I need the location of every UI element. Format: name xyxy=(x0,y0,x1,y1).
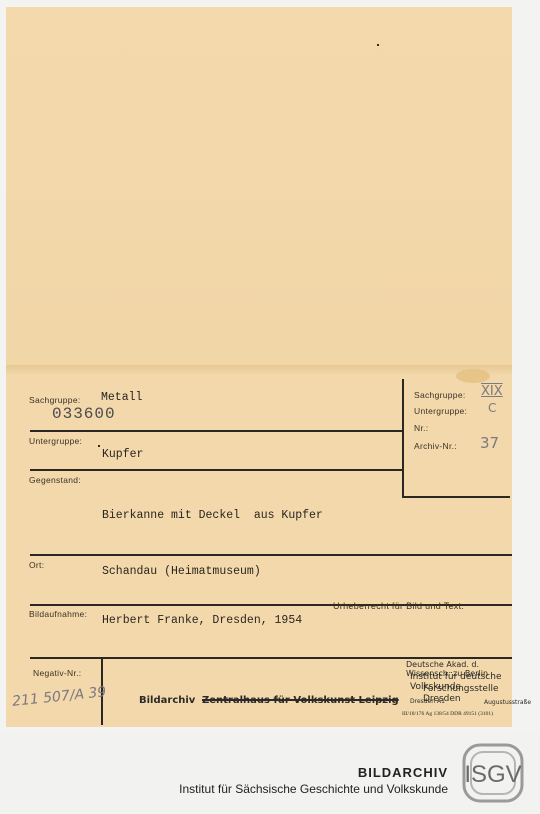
box-border-bottom xyxy=(402,496,510,498)
divider xyxy=(30,554,512,556)
box-sachgruppe-value: XIX xyxy=(481,384,503,399)
box-nr-label: Nr.: xyxy=(414,423,428,433)
print-code: III/18/176 Ag 138/54 DDR 49151 (3101) xyxy=(402,711,493,717)
box-border-left xyxy=(402,379,404,497)
stain xyxy=(456,369,490,383)
divider xyxy=(30,430,402,432)
bildaufnahme-value: Herbert Franke, Dresden, 1954 xyxy=(102,614,302,627)
stamp-line4b: Augustusstraße xyxy=(484,699,531,706)
bildarchiv-text: Bildarchiv xyxy=(139,695,195,706)
sachgruppe-code: 033600 xyxy=(52,405,116,423)
archive-card: Sachgruppe: Metall 033600 Untergruppe: K… xyxy=(6,7,512,727)
card-fold xyxy=(6,365,512,375)
footer-title: BILDARCHIV xyxy=(358,765,448,780)
isgv-logo-icon: ISGV xyxy=(458,742,528,804)
footer-subtitle: Institut für Sächsische Geschichte und V… xyxy=(179,782,448,796)
gegenstand-label: Gegenstand: xyxy=(29,475,81,485)
untergruppe-value: Kupfer xyxy=(102,448,143,461)
urheberrecht-label: Urheberrecht für Bild und Text: xyxy=(333,601,464,611)
box-archiv-label: Archiv-Nr.: xyxy=(414,441,457,451)
box-untergruppe-value: C xyxy=(488,401,496,415)
box-archiv-value: 37 xyxy=(480,434,499,452)
gegenstand-value: Bierkanne mit Deckel aus Kupfer xyxy=(102,509,323,522)
stamp-line4a: Dresden A1 xyxy=(410,698,445,705)
svg-text:ISGV: ISGV xyxy=(464,761,521,788)
card-upper-flap xyxy=(6,7,512,367)
sachgruppe-value: Metall xyxy=(101,391,142,404)
box-sachgruppe-label: Sachgruppe: xyxy=(414,390,466,400)
ort-value: Schandau (Heimatmuseum) xyxy=(102,565,261,578)
ort-label: Ort: xyxy=(29,560,44,570)
speck xyxy=(98,445,100,447)
box-untergruppe-label: Untergruppe: xyxy=(414,406,467,416)
bildaufnahme-label: Bildaufnahme: xyxy=(29,609,87,619)
sachgruppe-label: Sachgruppe: xyxy=(29,395,81,405)
negativ-value: 211 507/A 39 xyxy=(11,684,107,710)
struck-institution-text: Zentralhaus für Volkskunst Leipzig xyxy=(202,695,399,706)
speck xyxy=(377,44,379,46)
divider xyxy=(30,469,402,471)
negativ-label: Negativ-Nr.: xyxy=(33,668,81,678)
untergruppe-label: Untergruppe: xyxy=(29,436,82,446)
